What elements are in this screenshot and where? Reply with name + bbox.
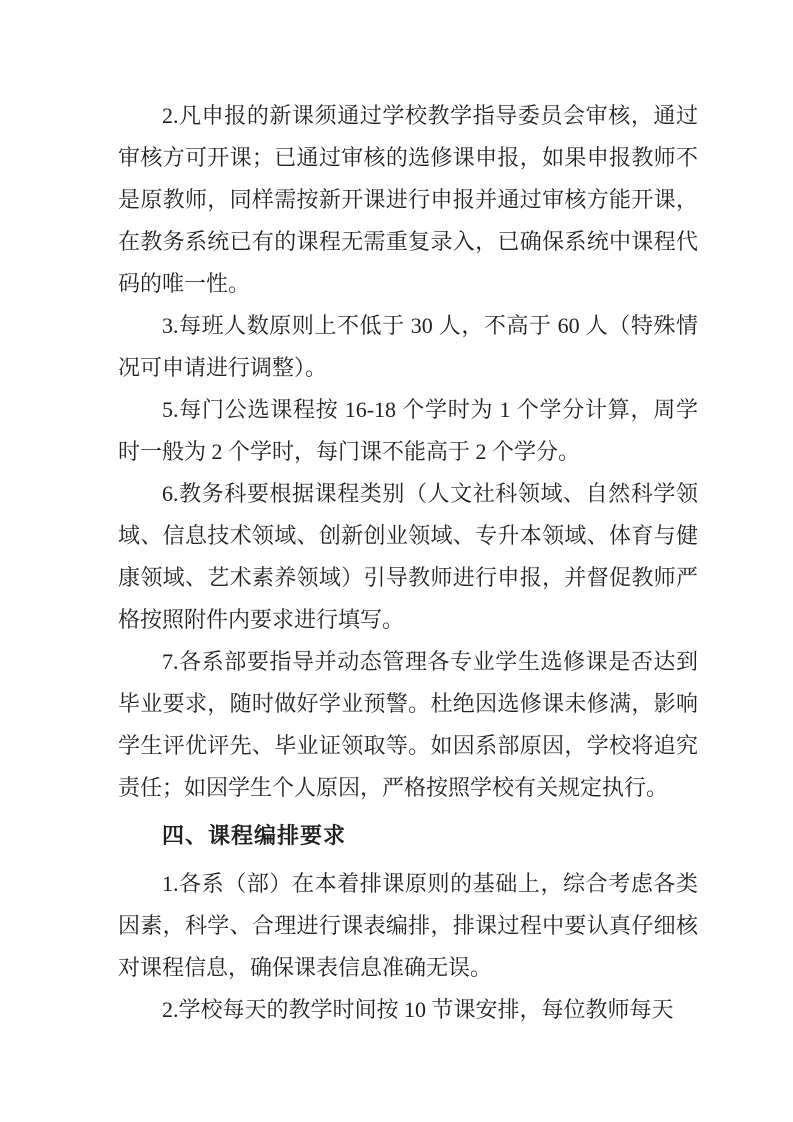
document-page: 2.凡申报的新课须通过学校教学指导委员会审核，通过审核方可开课；已通过审核的选修…: [0, 0, 793, 1122]
clause-3-class-size: 3.每班人数原则上不低于 30 人，不高于 60 人（特殊情况可申请进行调整）。: [118, 305, 698, 389]
clause-1-timetable-arrangement: 1.各系（部）在本着排课原则的基础上，综合考虑各类因素，科学、合理进行课表编排，…: [118, 863, 698, 989]
clause-5-credit-hours: 5.每门公选课程按 16-18 个学时为 1 个学分计算，周学时一般为 2 个学…: [118, 389, 698, 473]
clause-7-elective-management: 7.各系部要指导并动态管理各专业学生选修课是否达到毕业要求，随时做好学业预警。杜…: [118, 641, 698, 809]
section-heading-course-scheduling: 四、课程编排要求: [118, 815, 698, 857]
clause-6-course-categories: 6.教务科要根据课程类别（人文社科领域、自然科学领域、信息技术领域、创新创业领域…: [118, 473, 698, 641]
clause-2-daily-teaching-time: 2.学校每天的教学时间按 10 节课安排，每位教师每天: [118, 989, 698, 1031]
clause-2-new-course-review: 2.凡申报的新课须通过学校教学指导委员会审核，通过审核方可开课；已通过审核的选修…: [118, 95, 698, 305]
